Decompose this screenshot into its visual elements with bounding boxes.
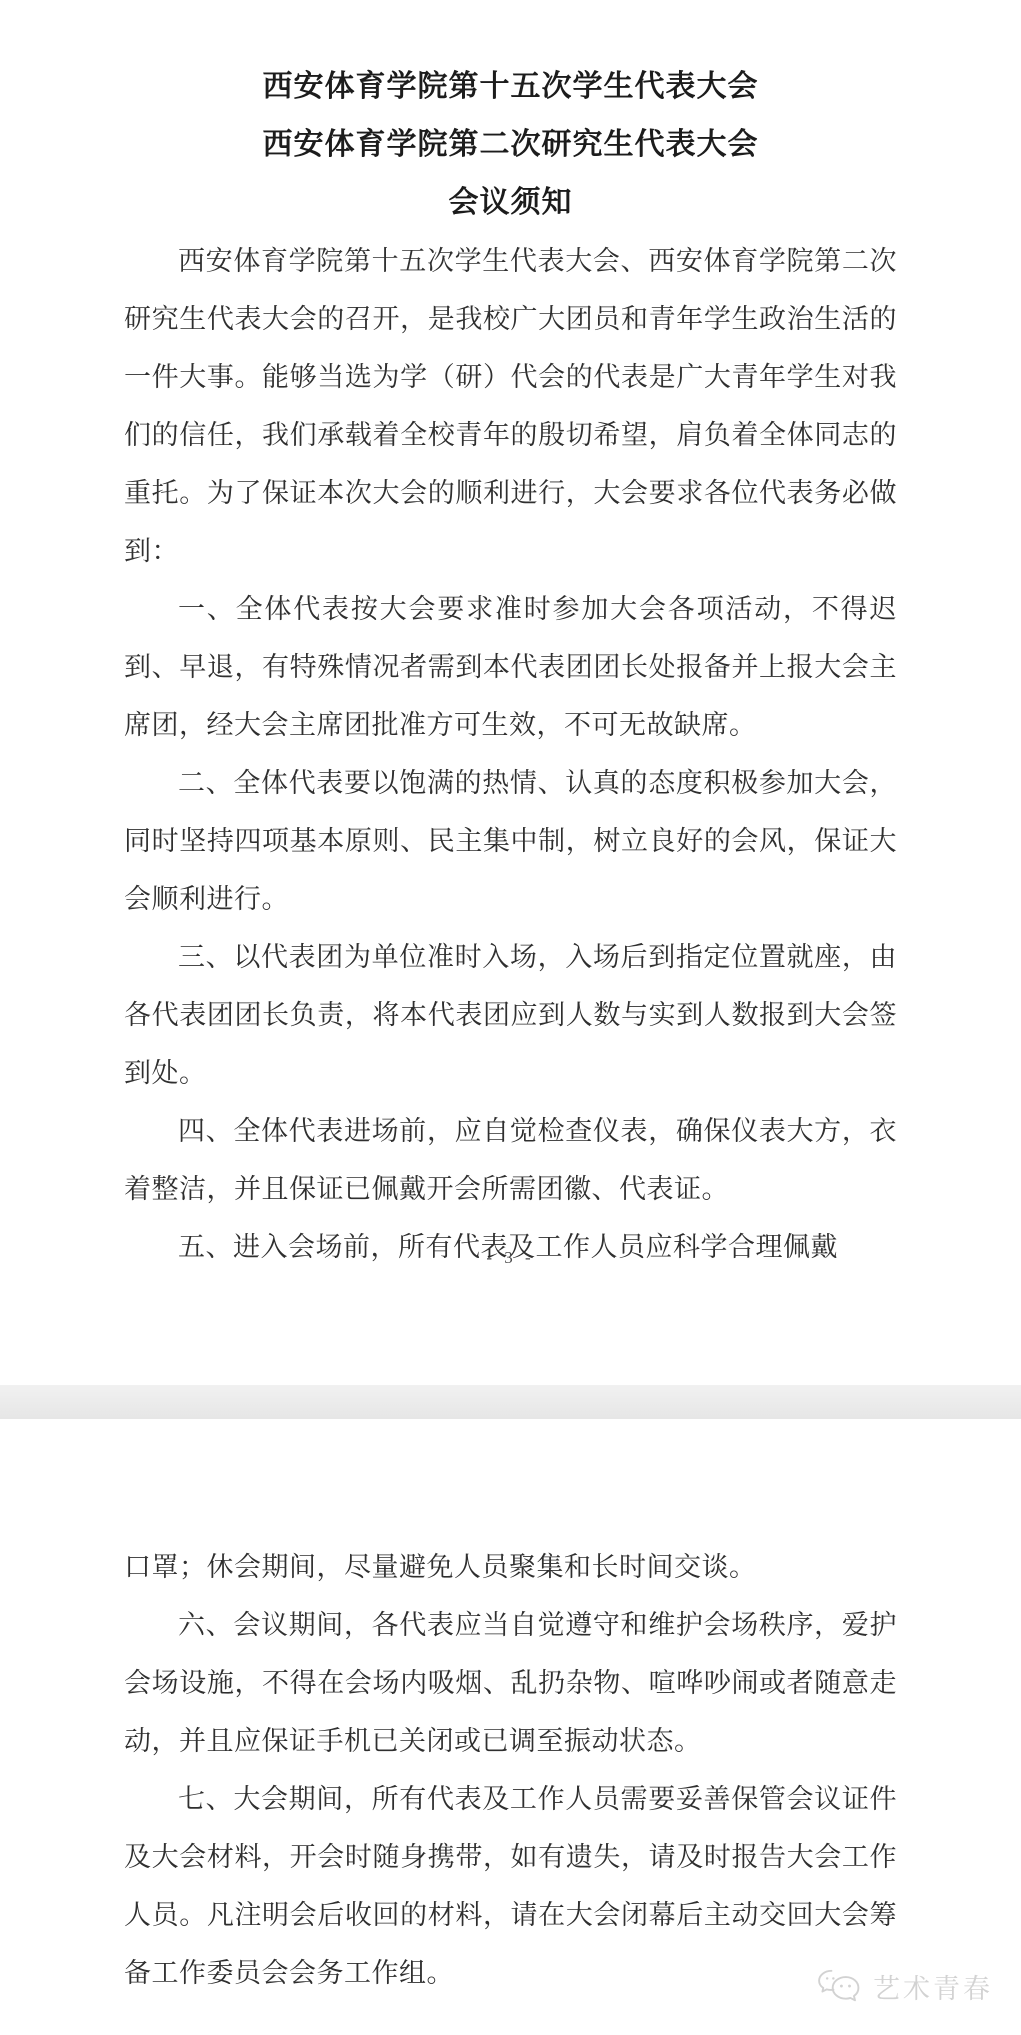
watermark: 艺术青春 [817, 1967, 993, 2006]
page-gap-divider [0, 1385, 1021, 1419]
rule-4-paragraph: 四、全体代表进场前，应自觉检查仪表，确保仪表大方，衣着整洁，并且保证已佩戴开会所… [124, 1102, 897, 1218]
document-page-1: 西安体育学院第十五次学生代表大会 西安体育学院第二次研究生代表大会 会议须知 西… [0, 0, 1021, 1385]
rule-7-paragraph: 七、大会期间，所有代表及工作人员需要妥善保管会议证件及大会材料，开会时随身携带，… [124, 1770, 897, 2002]
intro-paragraph: 西安体育学院第十五次学生代表大会、西安体育学院第二次研究生代表大会的召开，是我校… [124, 232, 897, 580]
scanned-document: 西安体育学院第十五次学生代表大会 西安体育学院第二次研究生代表大会 会议须知 西… [0, 0, 1021, 2035]
doc-title-line-1: 西安体育学院第十五次学生代表大会 [124, 58, 897, 116]
rule-5-continuation: 口罩；休会期间，尽量避免人员聚集和长时间交谈。 [124, 1538, 897, 1596]
wechat-icon [817, 1968, 863, 2006]
document-page-2: 口罩；休会期间，尽量避免人员聚集和长时间交谈。 六、会议期间，各代表应当自觉遵守… [0, 1419, 1021, 2035]
watermark-label: 艺术青春 [873, 1967, 993, 2006]
rule-6-paragraph: 六、会议期间，各代表应当自觉遵守和维护会场秩序，爱护会场设施，不得在会场内吸烟、… [124, 1596, 897, 1770]
doc-title-line-2: 西安体育学院第二次研究生代表大会 [124, 116, 897, 174]
doc-title-notice: 会议须知 [124, 174, 897, 232]
page-number: - 3 - [0, 1248, 1021, 1268]
rule-1-paragraph: 一、全体代表按大会要求准时参加大会各项活动，不得迟到、早退，有特殊情况者需到本代… [124, 580, 897, 754]
rule-3-paragraph: 三、以代表团为单位准时入场，入场后到指定位置就座，由各代表团团长负责，将本代表团… [124, 928, 897, 1102]
rule-2-paragraph: 二、全体代表要以饱满的热情、认真的态度积极参加大会，同时坚持四项基本原则、民主集… [124, 754, 897, 928]
